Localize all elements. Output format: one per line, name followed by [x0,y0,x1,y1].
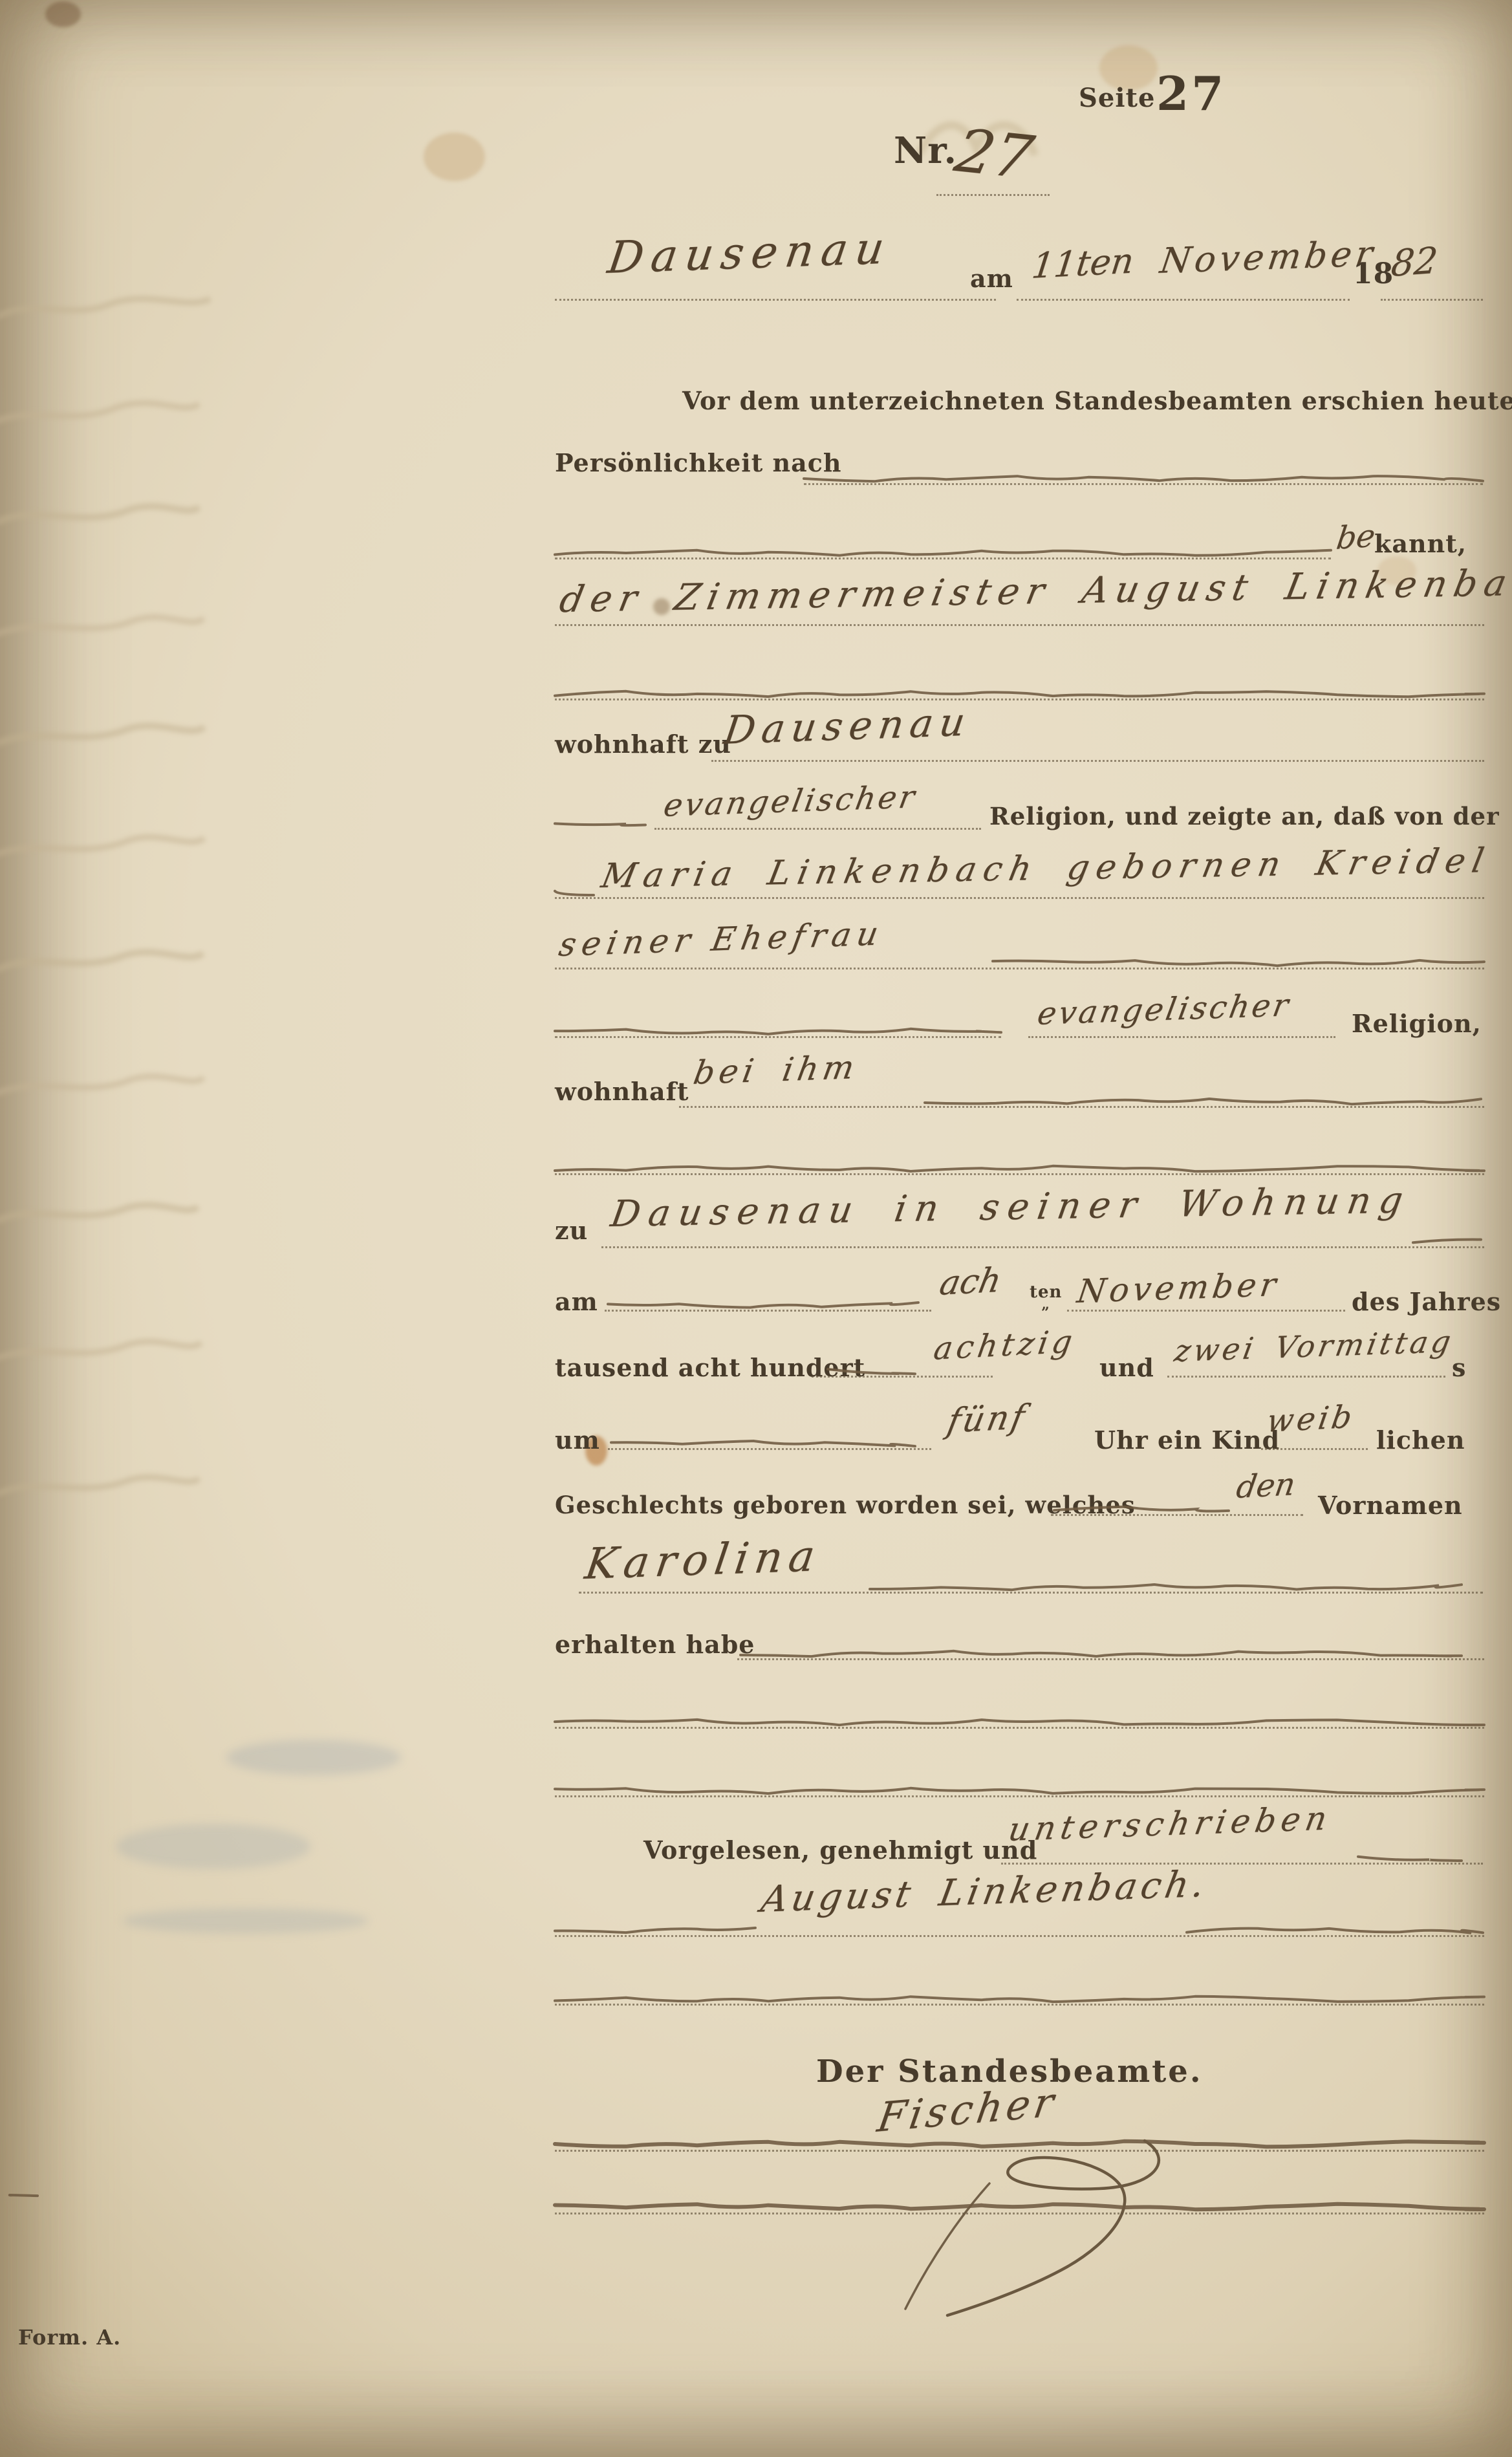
tausend-label: tausend acht hundert [555,1353,865,1382]
sex-hand: weib [1264,1398,1357,1440]
bleedthrough-mark [0,821,208,869]
dotted-line [711,760,1484,762]
vorgelesen-label: Vorgelesen, genehmigt und [643,1835,1037,1865]
erhalten-label: erhalten habe [555,1630,755,1659]
ink-strikethrough [555,1163,1484,1173]
dotted-line [1028,1036,1335,1038]
bei-ihm-hand: bei ihm [691,1048,861,1092]
ink-strikethrough [555,1026,1001,1036]
um-label: um [555,1425,600,1455]
registration-month: November [1158,233,1379,281]
ink-strikethrough [555,688,1484,698]
ink-dash [1413,1236,1481,1246]
year-written: 82 [1389,239,1440,285]
registration-day: 11ten [1030,240,1136,287]
ink-dash [555,887,594,897]
ink-strikethrough [740,1648,1462,1658]
geschlecht-label: Geschlechts geboren worden sei, welches [555,1491,1136,1519]
bleedthrough-mark [0,1326,204,1374]
entry-number-value: 27 [949,116,1039,192]
dotted-line [1261,1448,1368,1450]
bleedthrough-mark [0,1190,200,1238]
ink-strikethrough [555,1925,755,1935]
ink-dash [12,2191,38,2202]
ink-strikethrough [870,1581,1462,1592]
dotted-line [555,299,996,301]
zu-label: zu [555,1216,588,1245]
ink-dash [1054,1504,1229,1514]
birth-record-scan: Seite 27 Nr. 27 Dausenau am 11ten Novemb… [0,0,1512,2457]
bleedthrough-mark [0,711,207,759]
ink-strikethrough [804,473,1483,483]
dotted-line [936,194,1050,196]
dotted-line [601,1246,1484,1248]
dotted-line [555,897,1484,899]
ink-strikethrough [1187,1925,1483,1935]
declarant-name: der Zimmermeister August Linkenbach [556,561,1512,621]
dotted-line [1167,1376,1445,1378]
birthday-hand: ach [936,1261,1004,1303]
kannt-label: kannt, [1374,529,1467,558]
bleedthrough-mark [0,492,200,539]
bleedthrough-mark [0,1462,200,1510]
declarant-signature: August Linkenbach. [758,1863,1211,1921]
dotted-line [1067,1310,1345,1312]
des-jahres-label: des Jahres [1352,1287,1501,1316]
uhr-label: Uhr ein Kind [1094,1425,1280,1455]
vornamen-label: Vornamen [1318,1491,1463,1520]
religion2-label: Religion, [1352,1009,1482,1038]
mother-name: Maria Linkenbach gebornen Kreidel [598,841,1494,896]
bleedthrough-mark [0,601,207,649]
bleedthrough-mark [0,388,200,436]
dotted-line [654,828,981,830]
ink-strikethrough [555,1785,1484,1795]
ink-strikethrough [555,547,1331,557]
stain [45,1,81,27]
ink-strikethrough [555,2138,1484,2149]
wohnhaft-zu-label: wohnhaft zu [555,730,731,759]
bleedthrough-mark [0,1061,207,1109]
am-label: am [970,264,1013,293]
dotted-line [1017,299,1350,301]
stain [424,133,485,181]
lichen-label: lichen [1376,1425,1465,1455]
ink-strikethrough [555,1993,1484,2004]
dotted-line [555,2213,1484,2214]
dotted-line [555,2150,1484,2152]
ink-strikethrough [555,2201,1484,2211]
ink-strikethrough [925,1096,1481,1106]
dotted-line [1381,299,1483,301]
ink-strikethrough [608,1299,918,1310]
year-hand: zwei Vormittag [1172,1324,1456,1369]
religion1-value: evangelischer [661,779,920,824]
und-label: und [1099,1353,1154,1382]
ink-dash [555,817,645,828]
am2-label: am [555,1287,598,1316]
child-name: Karolina [582,1531,825,1589]
ink-strikethrough [993,957,1484,968]
birthplace-value: Dausenau in seiner Wohnung [608,1179,1414,1235]
be-hand: be [1334,517,1377,557]
ink-dash [1358,1852,1462,1863]
unterschrieben-hand: unterschrieben [1006,1799,1335,1848]
signature-flourish [795,2121,1209,2331]
ink-strikethrough [555,1716,1484,1727]
year-printed: 18 [1353,257,1394,290]
birth-month-hand: November [1075,1266,1282,1310]
ink-smudge [123,1908,369,1934]
ink-smudge [116,1824,310,1869]
intro-line: Vor dem unterzeichneten Standesbeamten e… [682,386,1512,415]
religion1-label: Religion, und zeigte an, daß von der [989,802,1500,830]
ink-smudge [226,1740,401,1775]
decade-hand: achtzig [931,1323,1079,1367]
den-hand: den [1234,1466,1298,1506]
dotted-line [555,624,1484,626]
page-label: Seite [1079,83,1155,113]
ink-dash [828,1365,915,1376]
page-number: 27 [1156,66,1226,121]
hour-hand: fünf [944,1398,1030,1441]
ehefrau-hand: seiner Ehefrau [556,915,887,964]
ink-strikethrough [611,1438,915,1448]
wohnhaft-label: wohnhaft [555,1077,689,1106]
s-label: s [1452,1353,1466,1382]
form-label: Form. A. [18,2325,121,2350]
ten-suffix: ten„ [1030,1286,1062,1310]
religion2-value: evangelischer [1035,987,1293,1032]
registration-place: Dausenau [605,222,895,284]
residence-value: Dausenau [721,699,975,753]
persoenlichkeit-label: Persönlichkeit nach [555,448,842,477]
bleedthrough-mark [0,938,207,986]
bleedthrough-mark [0,285,213,332]
entry-number-label: Nr. [894,129,957,172]
